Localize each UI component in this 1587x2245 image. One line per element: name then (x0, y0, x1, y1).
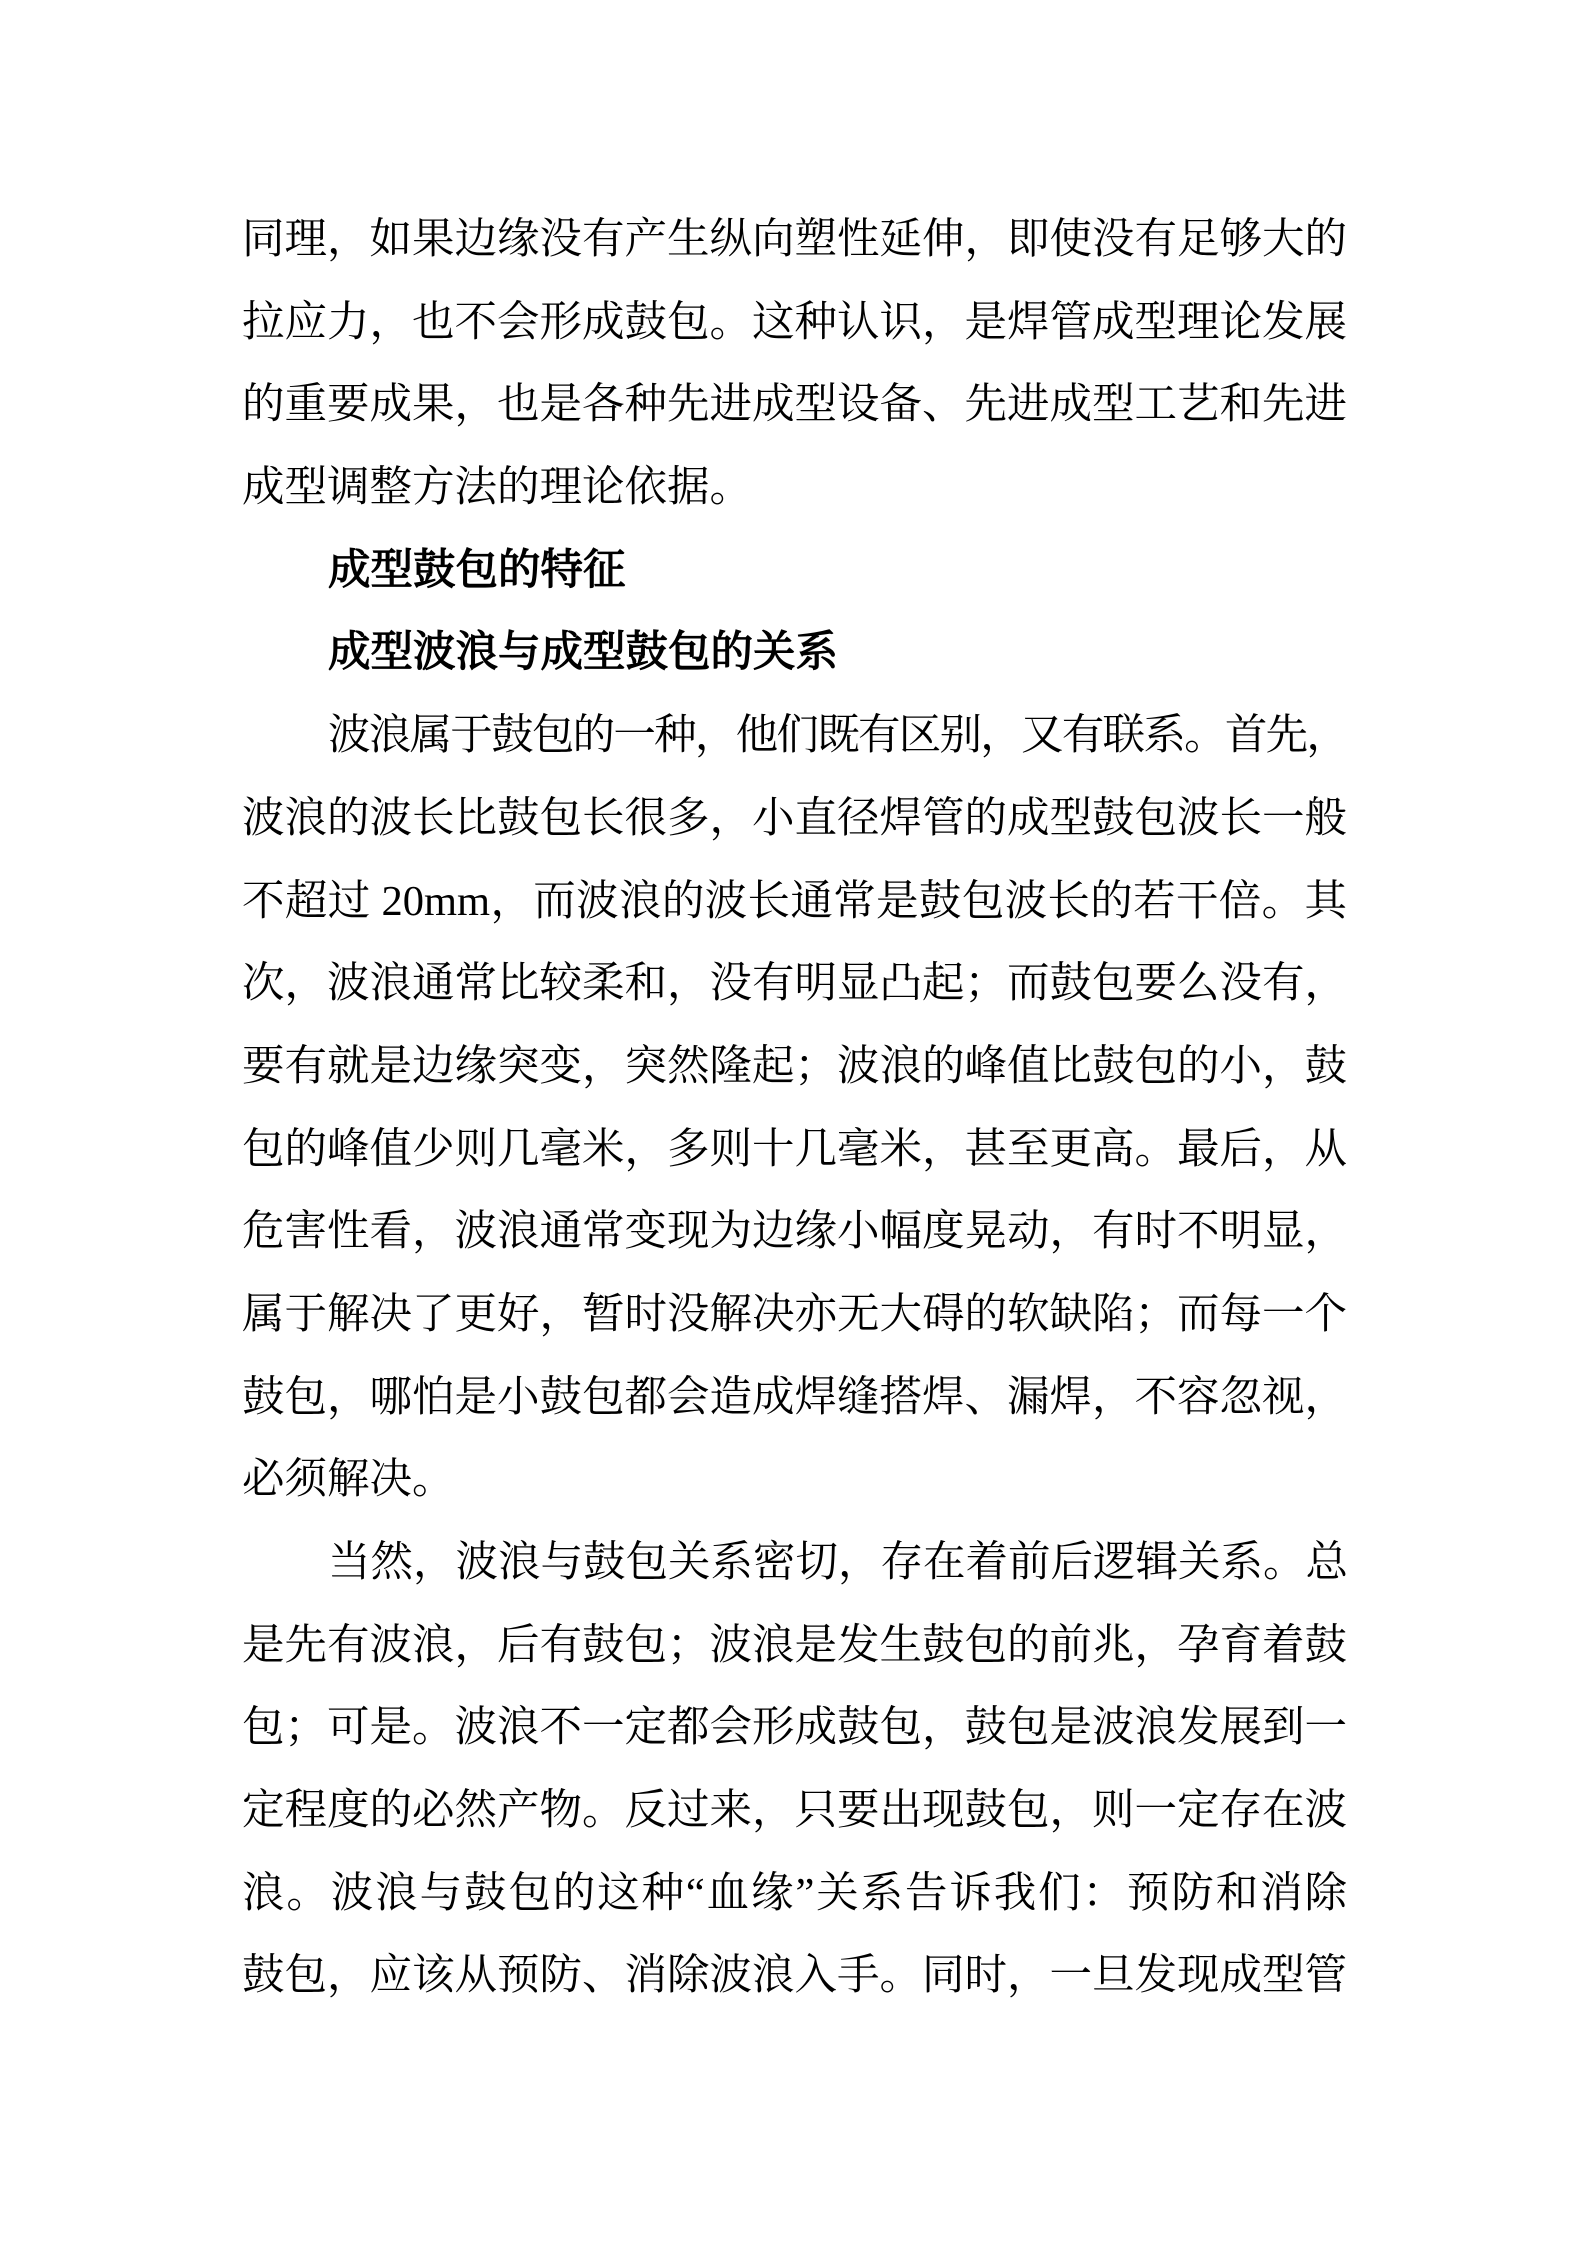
text-line: 波浪的波长比鼓包长很多，小直径焊管的成型鼓包波长一般 (242, 778, 1347, 861)
text-line: 拉应力，也不会形成鼓包。这种认识，是焊管成型理论发展 (242, 282, 1347, 365)
text-line: 同理，如果边缘没有产生纵向塑性延伸，即使没有足够大的 (242, 199, 1347, 282)
text-line: 鼓包，应该从预防、消除波浪入手。同时，一旦发现成型管 (242, 1935, 1347, 2018)
text-line: 不超过 20mm，而波浪的波长通常是鼓包波长的若干倍。其 (242, 861, 1347, 944)
text-line: 包的峰值少则几毫米，多则十几毫米，甚至更高。最后，从 (242, 1109, 1347, 1192)
text-line: 属于解决了更好，暂时没解决亦无大碍的软缺陷；而每一个 (242, 1274, 1347, 1357)
text-line: 浪。波浪与鼓包的这种“血缘”关系告诉我们：预防和消除 (242, 1853, 1347, 1936)
text-line: 定程度的必然产物。反过来，只要出现鼓包，则一定存在波 (242, 1770, 1347, 1853)
text-line: 包；可是。波浪不一定都会形成鼓包，鼓包是波浪发展到一 (242, 1687, 1347, 1770)
text-line: 鼓包，哪怕是小鼓包都会造成焊缝搭焊、漏焊，不容忽视， (242, 1357, 1347, 1440)
document-page: 同理，如果边缘没有产生纵向塑性延伸，即使没有足够大的拉应力，也不会形成鼓包。这种… (0, 0, 1587, 2245)
text-line: 危害性看，波浪通常变现为边缘小幅度晃动，有时不明显， (242, 1191, 1347, 1274)
text-line: 成型调整方法的理论依据。 (242, 447, 1347, 530)
section-heading: 成型波浪与成型鼓包的关系 (242, 612, 1347, 695)
text-line: 次，波浪通常比较柔和，没有明显凸起；而鼓包要么没有， (242, 943, 1347, 1026)
text-line: 当然，波浪与鼓包关系密切，存在着前后逻辑关系。总 (242, 1522, 1347, 1605)
text-line: 的重要成果，也是各种先进成型设备、先进成型工艺和先进 (242, 364, 1347, 447)
text-column: 同理，如果边缘没有产生纵向塑性延伸，即使没有足够大的拉应力，也不会形成鼓包。这种… (242, 199, 1347, 2018)
section-heading: 成型鼓包的特征 (242, 530, 1347, 613)
text-line: 波浪属于鼓包的一种，他们既有区别，又有联系。首先， (242, 695, 1347, 778)
text-line: 必须解决。 (242, 1439, 1347, 1522)
text-line: 要有就是边缘突变，突然隆起；波浪的峰值比鼓包的小，鼓 (242, 1026, 1347, 1109)
text-line: 是先有波浪，后有鼓包；波浪是发生鼓包的前兆，孕育着鼓 (242, 1605, 1347, 1688)
